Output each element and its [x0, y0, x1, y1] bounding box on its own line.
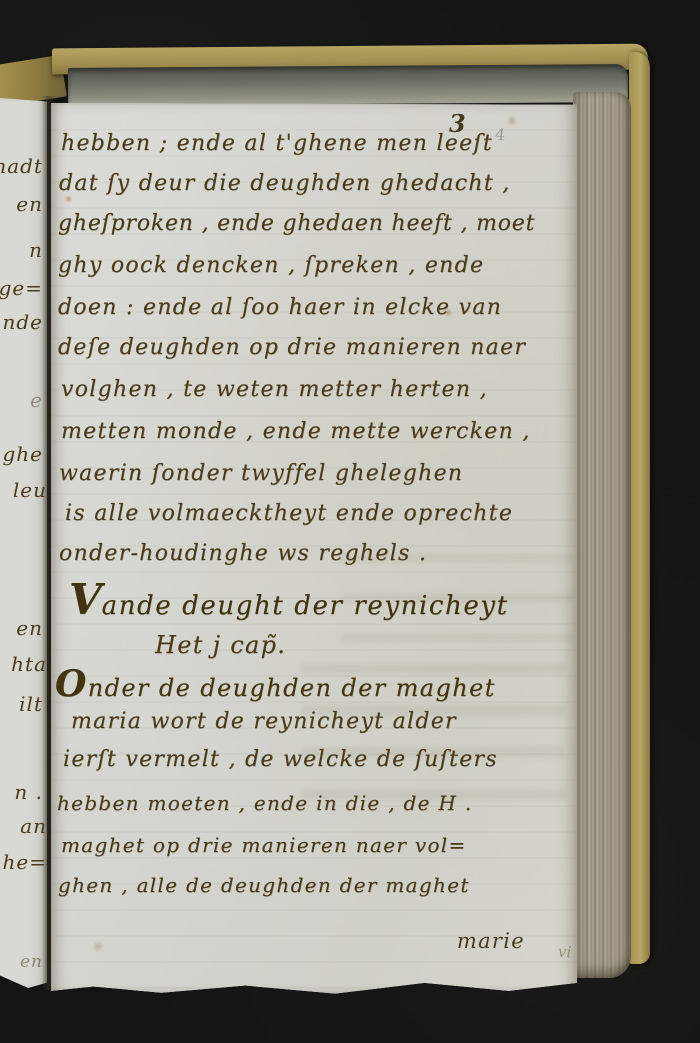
pencil-folio-number: 4: [494, 125, 506, 145]
manuscript-line: is alle volmaecktheyt ende oprechte: [65, 501, 513, 526]
manuscript-line: dat ſy deur die deughden ghedacht ,: [59, 171, 511, 196]
left-page-sliver: nadt en n ge= nde e ghe leu en hta ilt n…: [0, 98, 47, 988]
catchword: marie: [457, 929, 525, 953]
manuscript-line: hebben ; ende al t'ghene men leeſt: [61, 131, 493, 156]
edge-mark: vi: [557, 943, 572, 962]
manuscript-line: doen : ende al ſoo haer in elcke van: [58, 295, 502, 320]
left-page-text-fragment: n .: [14, 780, 43, 804]
manuscript-line: metten monde , ende mette wercken ,: [61, 419, 531, 444]
left-page-text-fragment: nde: [2, 310, 43, 334]
manuscript-line: hebben moeten , ende in die , de H .: [57, 791, 472, 815]
manuscript-line: maghet op drie manieren naer vol=: [61, 833, 467, 857]
manuscript-line: ghen , alle de deughden der maghet: [58, 873, 470, 897]
left-page-text-fragment: en: [16, 192, 43, 216]
manuscript-line: deſe deughden op drie manieren naer: [58, 335, 526, 360]
left-page-text-fragment: ilt: [19, 692, 43, 716]
chapter-heading: Vande deught der reynicheyt: [69, 575, 509, 624]
manuscript-line: ghy oock dencken , ſpreken , ende: [58, 253, 484, 278]
chapter-subheading: Het j cap̃.: [155, 631, 286, 659]
manuscript-line: maria wort de reynicheyt alder: [71, 709, 457, 734]
paper-stain: [91, 941, 105, 952]
manuscript-line: onder-houdinghe ws reghels .: [59, 541, 427, 566]
left-page-text-fragment: ghe: [2, 442, 43, 466]
book-page-stack-edge: [573, 92, 631, 978]
book-top-page-edges: [68, 64, 628, 106]
paper-stain: [506, 116, 518, 126]
left-page-text-fragment: nadt: [0, 154, 43, 178]
paper-stain: [64, 195, 73, 203]
manuscript-line: volghen , te weten metter herten ,: [61, 377, 488, 402]
manuscript-line: Onder de deughden der maghet: [55, 663, 496, 705]
manuscript-line: ierſt vermelt , de welcke de ſuſters: [63, 747, 498, 772]
left-page-text-fragment: en: [20, 952, 43, 972]
manuscript-line: gheſproken , ende ghedaen heeft , moet: [58, 211, 535, 236]
left-page-text-fragment: en: [16, 616, 43, 640]
manuscript-line: waerin ſonder twyffel gheleghen: [59, 461, 463, 486]
manuscript-page: 3 4 hebben ; ende al t'ghene men leeſt d…: [51, 103, 577, 999]
left-page-text-fragment: ge=: [0, 276, 43, 300]
left-page-text-fragment: he=: [3, 850, 47, 874]
left-page-text-fragment: n: [29, 238, 43, 262]
book-cover-fore-edge: [629, 52, 650, 964]
manuscript-photo: nadt en n ge= nde e ghe leu en hta ilt n…: [0, 0, 700, 1043]
